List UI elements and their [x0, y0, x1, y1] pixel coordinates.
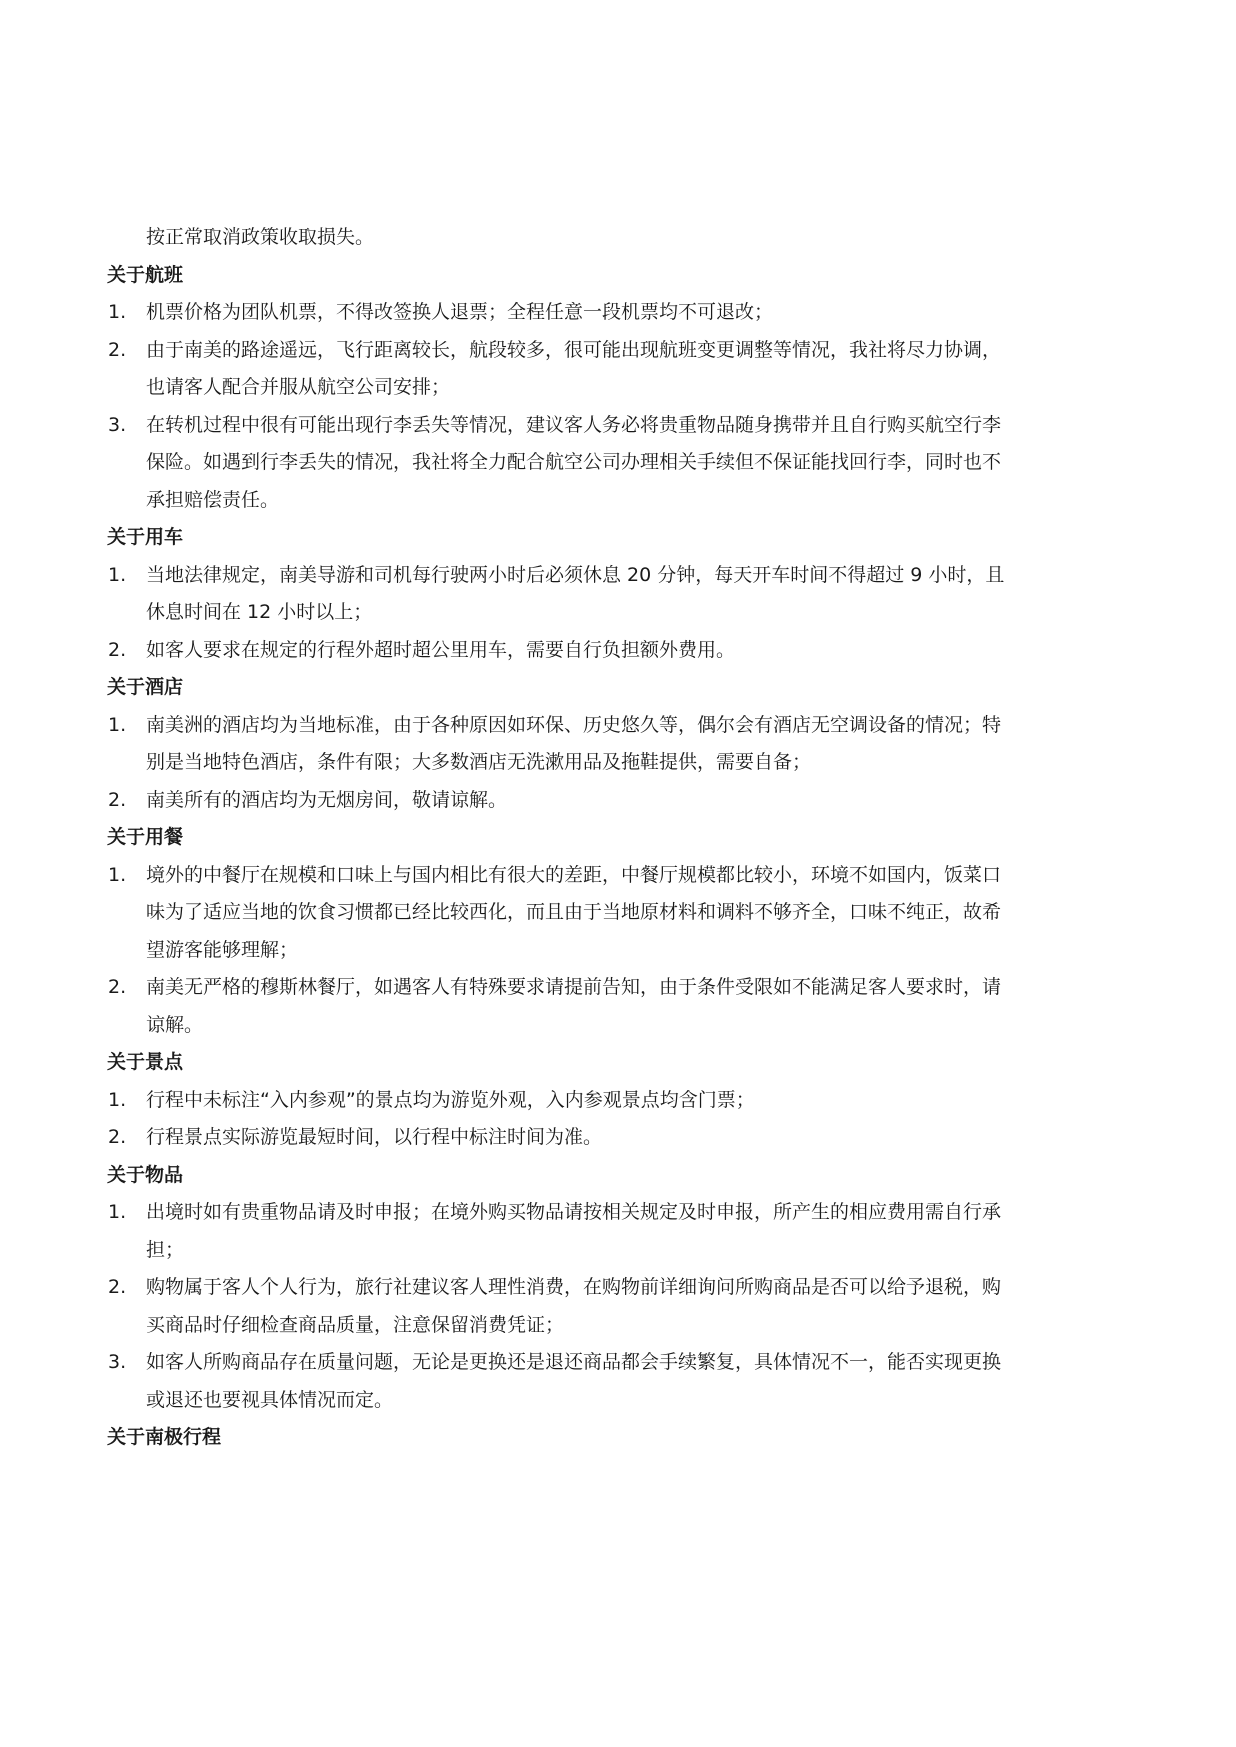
list-item: 2.南美无严格的穆斯林餐厅，如遇客人有特殊要求请提前告知，由于条件受限如不能满足…: [107, 969, 1157, 1007]
list-item-number: 2.: [108, 1269, 126, 1307]
list-item-text: 出境时如有贵重物品请及时申报；在境外购买物品请按相关规定及时申报，所产生的相应费…: [107, 1201, 1001, 1223]
document-body: 按正常取消政策收取损失。 关于航班1.机票价格为团队机票，不得改签换人退票；全程…: [107, 219, 1157, 1457]
list-item-continuation: 谅解。: [107, 1007, 1157, 1045]
list-item-continuation: 也请客人配合并服从航空公司安排；: [107, 369, 1157, 407]
list-item-text: 休息时间在 12 小时以上；: [107, 601, 372, 623]
list-item-text: 保险。如遇到行李丢失的情况，我社将全力配合航空公司办理相关手续但不保证能找回行李…: [107, 451, 1001, 473]
section-heading: 关于航班: [107, 257, 1157, 295]
list-item-continuation: 保险。如遇到行李丢失的情况，我社将全力配合航空公司办理相关手续但不保证能找回行李…: [107, 444, 1157, 482]
list-item-number: 1.: [108, 557, 126, 595]
list-item-text: 谅解。: [107, 1014, 203, 1036]
list-item-continuation: 买商品时仔细检查商品质量，注意保留消费凭证；: [107, 1307, 1157, 1345]
list-item-number: 3.: [108, 1344, 126, 1382]
list-item-text: 当地法律规定，南美导游和司机每行驶两小时后必须休息 20 分钟，每天开车时间不得…: [107, 564, 1004, 586]
list-item-number: 1.: [108, 294, 126, 332]
list-item-number: 1.: [108, 1082, 126, 1120]
list-item-text: 南美所有的酒店均为无烟房间，敬请谅解。: [107, 789, 507, 811]
list-item-text: 如客人要求在规定的行程外超时超公里用车，需要自行负担额外费用。: [107, 639, 735, 661]
list-item-continuation: 望游客能够理解；: [107, 932, 1157, 970]
list-item-number: 2.: [108, 782, 126, 820]
list-item: 1.行程中未标注“入内参观”的景点均为游览外观，入内参观景点均含门票；: [107, 1082, 1157, 1120]
section-heading: 关于南极行程: [107, 1419, 1157, 1457]
document-page: 按正常取消政策收取损失。 关于航班1.机票价格为团队机票，不得改签换人退票；全程…: [0, 0, 1236, 1747]
list-item-continuation: 担；: [107, 1232, 1157, 1270]
list-item-text: 望游客能够理解；: [107, 939, 298, 961]
list-item-text: 行程景点实际游览最短时间，以行程中标注时间为准。: [107, 1126, 602, 1148]
list-item-number: 2.: [108, 632, 126, 670]
list-item: 2.由于南美的路途遥远，飞行距离较长，航段较多，很可能出现航班变更调整等情况，我…: [107, 332, 1157, 370]
list-item: 3.在转机过程中很有可能出现行李丢失等情况，建议客人务必将贵重物品随身携带并且自…: [107, 407, 1157, 445]
list-item-text: 担；: [107, 1239, 184, 1261]
list-item-number: 1.: [108, 707, 126, 745]
list-item-number: 2.: [108, 332, 126, 370]
list-item-number: 2.: [108, 969, 126, 1007]
list-item-text: 别是当地特色酒店，条件有限；大多数酒店无洗漱用品及拖鞋提供，需要自备；: [107, 751, 811, 773]
list-item-text: 承担赔偿责任。: [107, 489, 279, 511]
list-item: 2.购物属于客人个人行为，旅行社建议客人理性消费，在购物前详细询问所购商品是否可…: [107, 1269, 1157, 1307]
list-item-text: 在转机过程中很有可能出现行李丢失等情况，建议客人务必将贵重物品随身携带并且自行购…: [107, 414, 1001, 436]
continuation-text: 按正常取消政策收取损失。: [107, 219, 1157, 257]
list-item-text: 南美洲的酒店均为当地标准，由于各种原因如环保、历史悠久等，偶尔会有酒店无空调设备…: [107, 714, 1001, 736]
list-item: 1.南美洲的酒店均为当地标准，由于各种原因如环保、历史悠久等，偶尔会有酒店无空调…: [107, 707, 1157, 745]
section-heading: 关于用餐: [107, 819, 1157, 857]
section-heading: 关于用车: [107, 519, 1157, 557]
list-item-text: 南美无严格的穆斯林餐厅，如遇客人有特殊要求请提前告知，由于条件受限如不能满足客人…: [107, 976, 1001, 998]
list-item: 2.行程景点实际游览最短时间，以行程中标注时间为准。: [107, 1119, 1157, 1157]
list-item-text: 由于南美的路途遥远，飞行距离较长，航段较多，很可能出现航班变更调整等情况，我社将…: [107, 339, 1001, 361]
list-item-continuation: 味为了适应当地的饮食习惯都已经比较西化，而且由于当地原材料和调料不够齐全，口味不…: [107, 894, 1157, 932]
list-item: 3.如客人所购商品存在质量问题，无论是更换还是退还商品都会手续繁复，具体情况不一…: [107, 1344, 1157, 1382]
list-item-continuation: 别是当地特色酒店，条件有限；大多数酒店无洗漱用品及拖鞋提供，需要自备；: [107, 744, 1157, 782]
list-item-number: 1.: [108, 857, 126, 895]
list-item: 1.出境时如有贵重物品请及时申报；在境外购买物品请按相关规定及时申报，所产生的相…: [107, 1194, 1157, 1232]
list-item-continuation: 休息时间在 12 小时以上；: [107, 594, 1157, 632]
list-item: 2.南美所有的酒店均为无烟房间，敬请谅解。: [107, 782, 1157, 820]
section-heading: 关于景点: [107, 1044, 1157, 1082]
section-heading: 关于酒店: [107, 669, 1157, 707]
list-item-number: 1.: [108, 1194, 126, 1232]
list-item-text: 行程中未标注“入内参观”的景点均为游览外观，入内参观景点均含门票；: [107, 1089, 755, 1111]
list-item: 2.如客人要求在规定的行程外超时超公里用车，需要自行负担额外费用。: [107, 632, 1157, 670]
list-item-number: 3.: [108, 407, 126, 445]
list-item-text: 购物属于客人个人行为，旅行社建议客人理性消费，在购物前详细询问所购商品是否可以给…: [107, 1276, 1001, 1298]
list-item: 1.境外的中餐厅在规模和口味上与国内相比有很大的差距，中餐厅规模都比较小，环境不…: [107, 857, 1157, 895]
list-item: 1.机票价格为团队机票，不得改签换人退票；全程任意一段机票均不可退改；: [107, 294, 1157, 332]
list-item-text: 买商品时仔细检查商品质量，注意保留消费凭证；: [107, 1314, 564, 1336]
list-item-number: 2.: [108, 1119, 126, 1157]
list-item-text: 也请客人配合并服从航空公司安排；: [107, 376, 450, 398]
list-item: 1.当地法律规定，南美导游和司机每行驶两小时后必须休息 20 分钟，每天开车时间…: [107, 557, 1157, 595]
list-item-text: 如客人所购商品存在质量问题，无论是更换还是退还商品都会手续繁复，具体情况不一，能…: [107, 1351, 1001, 1373]
list-item-text: 机票价格为团队机票，不得改签换人退票；全程任意一段机票均不可退改；: [107, 301, 773, 323]
list-item-text: 或退还也要视具体情况而定。: [107, 1389, 393, 1411]
section-heading: 关于物品: [107, 1157, 1157, 1195]
list-item-continuation: 承担赔偿责任。: [107, 482, 1157, 520]
list-item-text: 味为了适应当地的饮食习惯都已经比较西化，而且由于当地原材料和调料不够齐全，口味不…: [107, 901, 1001, 923]
list-item-text: 境外的中餐厅在规模和口味上与国内相比有很大的差距，中餐厅规模都比较小，环境不如国…: [107, 864, 1001, 886]
list-item-continuation: 或退还也要视具体情况而定。: [107, 1382, 1157, 1420]
